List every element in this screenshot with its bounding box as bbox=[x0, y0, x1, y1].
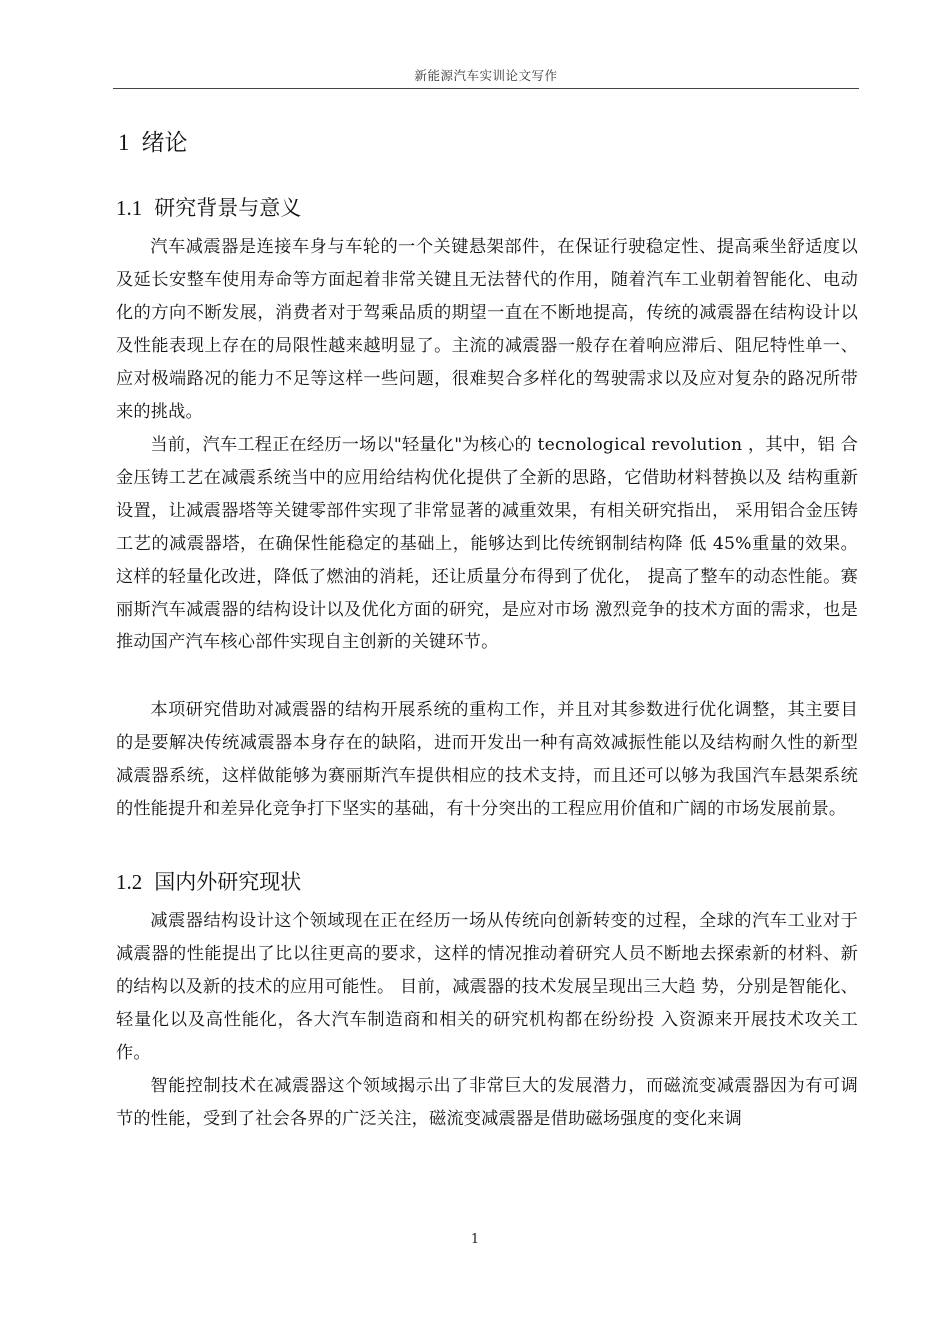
document-page: 新能源汽车实训论文写作 1绪论 1.1研究背景与意义 汽车减震器是连接车身与车轮… bbox=[0, 0, 950, 1344]
section-number: 1.1 bbox=[116, 196, 142, 220]
section-title: 国内外研究现状 bbox=[154, 870, 301, 894]
paragraph: 减震器结构设计这个领域现在正在经历一场从传统向创新转变的过程，全球的汽车工业对于… bbox=[116, 905, 858, 1070]
chapter-heading: 1绪论 bbox=[118, 124, 188, 157]
section-heading-1-2: 1.2国内外研究现状 bbox=[116, 866, 301, 896]
running-header: 新能源汽车实训论文写作 bbox=[113, 66, 859, 84]
section-heading-1-1: 1.1研究背景与意义 bbox=[116, 192, 301, 222]
chapter-number: 1 bbox=[118, 130, 130, 155]
paragraph: 当前，汽车工程正在经历一场以"轻量化"为核心的 tecnological rev… bbox=[116, 429, 858, 659]
chapter-title: 绪论 bbox=[142, 130, 188, 156]
header-divider bbox=[113, 88, 859, 89]
paragraph: 智能控制技术在减震器这个领域揭示出了非常巨大的发展潜力，而磁流变减震器因为有可调… bbox=[116, 1070, 858, 1136]
paragraph: 汽车减震器是连接车身与车轮的一个关键悬架部件，在保证行驶稳定性、提高乘坐舒适度以… bbox=[116, 231, 858, 428]
page-number: 1 bbox=[0, 1232, 950, 1247]
section-title: 研究背景与意义 bbox=[154, 196, 301, 220]
paragraph: 本项研究借助对减震器的结构开展系统的重构工作，并且对其参数进行优化调整，其主要目… bbox=[116, 694, 858, 826]
section-number: 1.2 bbox=[116, 870, 142, 894]
